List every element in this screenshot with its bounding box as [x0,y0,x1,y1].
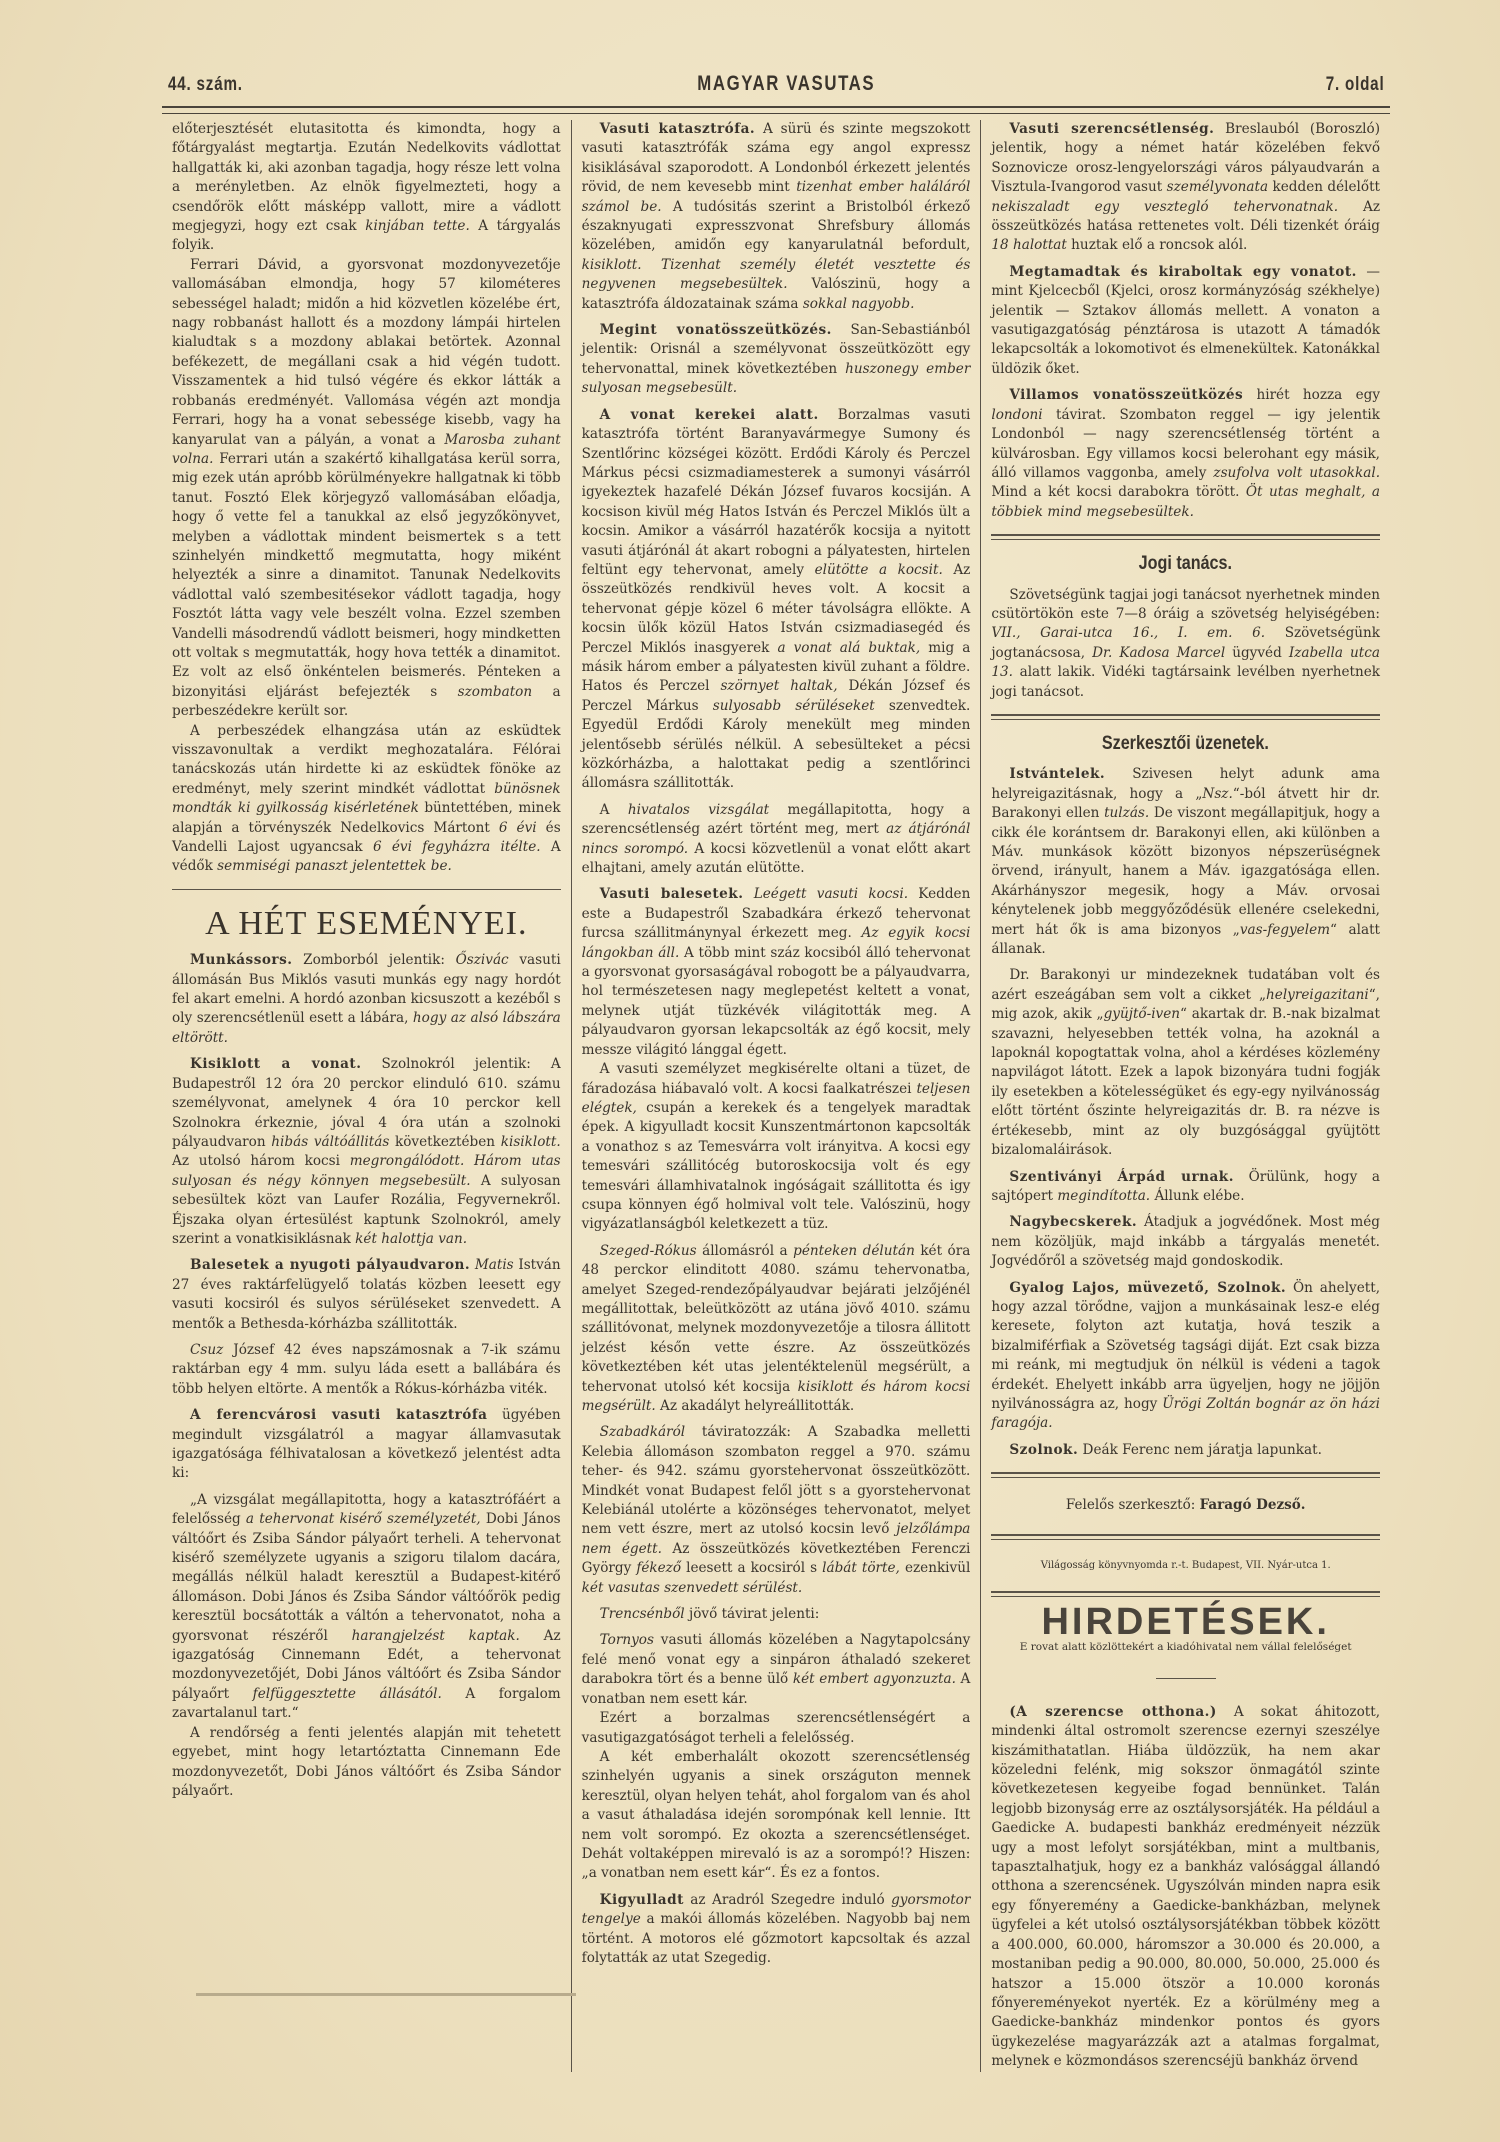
article-verdict: A perbeszédek elhangzása után az esküdte… [172,722,561,877]
divider [991,534,1380,540]
news-trencsen: Trencsénből jövő távirat jelenti: [582,1605,971,1624]
column-right: Vasuti szerencsétlenség. Breslauból (Bor… [980,120,1390,2072]
news-munkassors: Munkássors. Zomborból jelentik: Őszivác … [172,951,561,1048]
divider [991,1472,1380,1478]
printer-line: Világosság könyvnyomda r.-t. Budapest, V… [991,1552,1380,1579]
news-vasuti-szerencsetlenseg: Vasuti szerencsétlenség. Breslauból (Bor… [991,120,1380,256]
news-csuz: Csuz József 42 éves napszámosnak a 7-ik … [172,1341,561,1399]
page-number: 7. oldal [1325,74,1384,96]
news-hivatalos: A hivatalos vizsgálat megállapitotta, ho… [582,801,971,879]
hirdetesek-disclaimer: E rovat alatt közlöttekért a kiadóhivata… [991,1638,1380,1657]
news-police: A rendőrség a fenti jelentés alapján mit… [172,1724,561,1802]
news-ket-emberhalalt: A két emberhalált okozott szerencsétlens… [582,1748,971,1884]
article-trial-continued: előterjesztését elutasitotta és kimondta… [172,120,561,256]
newspaper-page: 44. szám. MAGYAR VASUTAS 7. oldal előter… [162,72,1390,2072]
news-megtamadtak: Megtamadtak és kiraboltak egy vonatot. —… [991,263,1380,379]
issue-number: 44. szám. [168,74,243,96]
news-villamos: Villamos vonatösszeütközés hirét hozza e… [991,386,1380,522]
ad-szerencse-otthona: (A szerencse otthona.) A sokat áhitozott… [991,1703,1380,2072]
news-vasuti-balesetek: Vasuti balesetek. Leégett vasuti kocsi. … [582,885,971,1060]
divider [991,1534,1380,1540]
divider [196,1993,576,1996]
news-kisiklott: Kisiklott a vonat. Szolnokról jelentik: … [172,1055,561,1249]
news-szeged: Szeged-Rókus állomásról a pénteken délut… [582,1242,971,1417]
msg-szentivanyi: Szentiványi Árpád urnak. Örülünk, hogy a… [991,1168,1380,1207]
section-title-szerkesztoi: Szerkesztői üzenetek. [1020,734,1350,753]
section-title-jogi: Jogi tanács. [1020,554,1350,573]
column-left: előterjesztését elutasitotta és kimondta… [162,120,571,2072]
column-middle: Vasuti katasztrófa. A sürü és szinte meg… [571,120,981,2072]
newspaper-title: MAGYAR VASUTAS [697,72,875,96]
section-title-events: A HÉT ESEMÉNYEI. [172,914,561,933]
news-megint: Megint vonatösszeütközés. San-Sebastiánb… [582,321,971,399]
msg-szolnok: Szolnok. Deák Ferenc nem járatja lapunka… [991,1441,1380,1460]
news-kerekei-alatt: A vonat kerekei alatt. Borzalmas vasuti … [582,406,971,794]
divider [991,714,1380,720]
msg-gyalog: Gyalog Lajos, müvezető, Szolnok. Ön ahel… [991,1279,1380,1434]
news-ferencvaros-quote: „A vizsgálat megállapitotta, hogy a kata… [172,1491,561,1724]
news-kigyulladt: Kigyulladt az Aradról Szegedre induló gy… [582,1891,971,1969]
divider [1156,1678,1216,1679]
news-szabadka: Szabadkáról táviratozzák: A Szabadka mel… [582,1423,971,1598]
masthead: 44. szám. MAGYAR VASUTAS 7. oldal [162,72,1390,104]
news-ezert: Ezért a borzalmas szerencsétlenségért a … [582,1709,971,1748]
msg-barakonyi: Dr. Barakonyi ur mindezeknek tudatában v… [991,966,1380,1160]
news-ferencvaros: A ferencvárosi vasuti katasztrófa ügyébe… [172,1406,561,1484]
editor-line: Felelős szerkesztő: Faragó Dezső. [991,1490,1380,1521]
divider [172,889,561,890]
divider [991,1591,1380,1597]
msg-istvantelek: Istvántelek. Szivesen helyt adunk ama he… [991,765,1380,959]
news-tornyos: Tornyos vasuti állomás közelében a Nagyt… [582,1631,971,1709]
news-vasuti-katasztrofa: Vasuti katasztrófa. A sürü és szinte meg… [582,120,971,314]
jogi-tanacs-text: Szövetségünk tagjai jogi tanácsot nyerhe… [991,586,1380,702]
section-title-hirdetesek: HIRDETÉSEK. [991,1613,1380,1632]
msg-nagybecskerek: Nagybecskerek. Átadjuk a jogvédőnek. Mos… [991,1213,1380,1271]
masthead-rule [162,106,1390,114]
article-ferrari: Ferrari Dávid, a gyorsvonat mozdonyvezet… [172,256,561,722]
news-szemelyzet: A vasuti személyzet megkisérelte oltani … [582,1060,971,1235]
news-balesetek: Balesetek a nyugoti pályaudvaron. Matis … [172,1256,561,1334]
